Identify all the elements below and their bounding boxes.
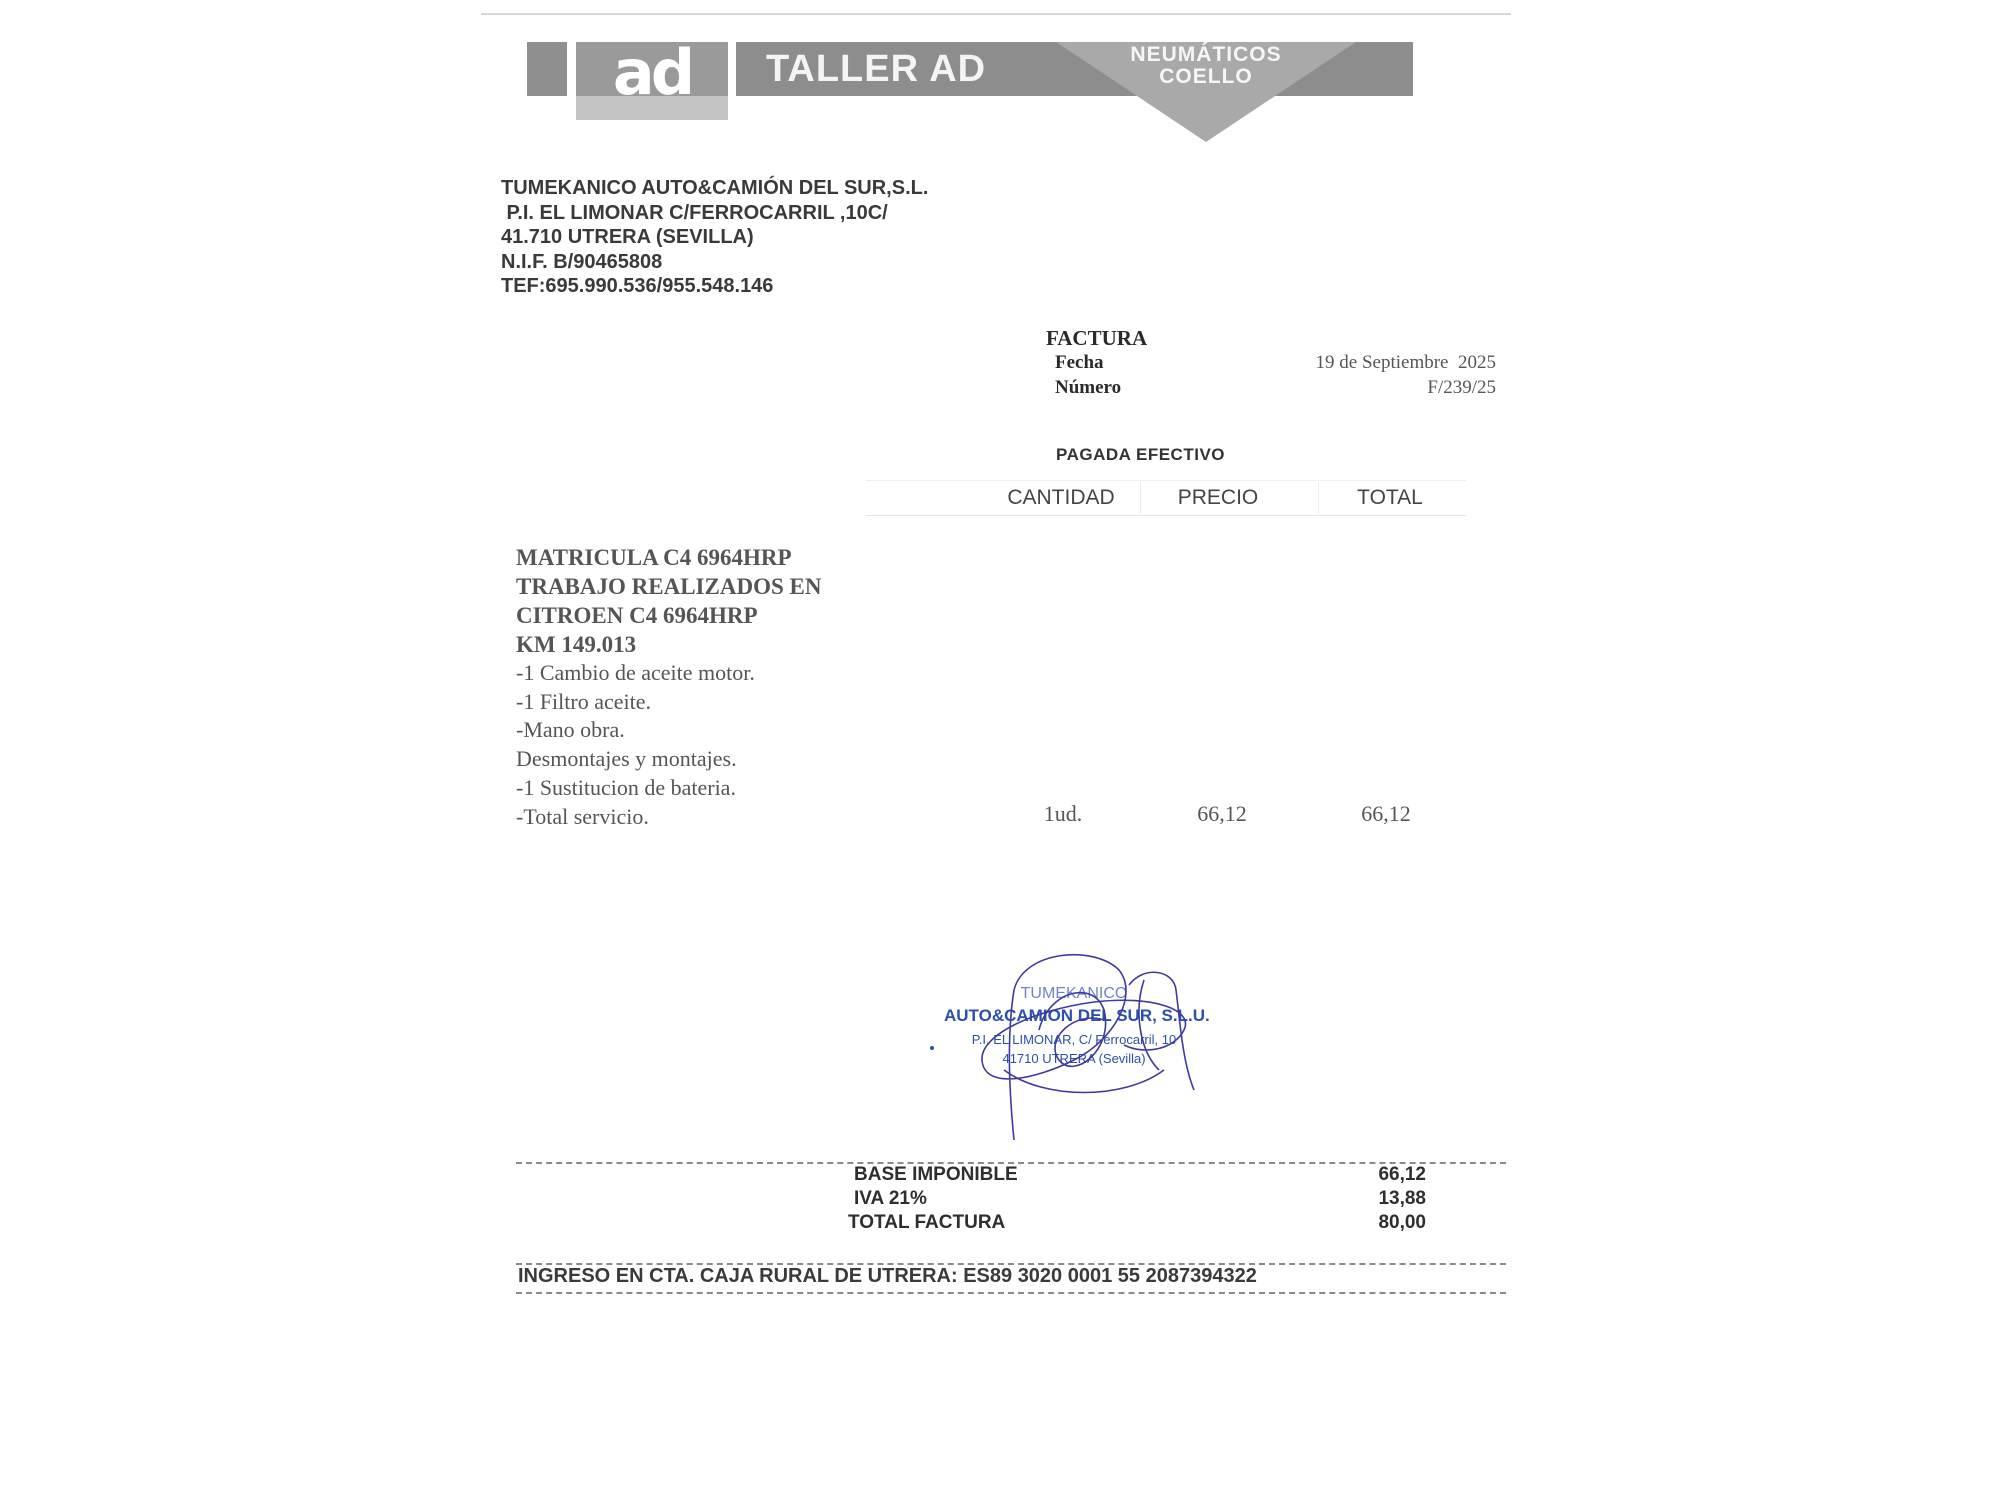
iva-value: 13,88 [1378, 1188, 1426, 1210]
logo-subtitle-block [576, 96, 728, 120]
iva-label: IVA 21% [854, 1188, 927, 1210]
item-work-heading: TRABAJO REALIZADOS EN [516, 572, 821, 601]
item-line: -1 Cambio de aceite motor. [516, 659, 821, 688]
bank-account-line: INGRESO EN CTA. CAJA RURAL DE UTRERA: ES… [518, 1265, 1257, 1288]
payment-status: PAGADA EFECTIVO [1056, 445, 1225, 465]
row-quantity: 1ud. [1003, 801, 1123, 827]
base-imponible-label: BASE IMPONIBLE [854, 1164, 1018, 1186]
number-label: Número [1055, 377, 1121, 399]
banner-subtitle-line2: COELLO [1076, 66, 1336, 88]
banner-subtitle-line1: NEUMÁTICOS [1076, 44, 1336, 66]
date-value: 19 de Septiembre 2025 [1316, 352, 1496, 374]
row-total: 66,12 [1326, 801, 1446, 827]
item-line: -1 Sustitucion de bateria. [516, 774, 821, 803]
item-line: -Total servicio. [516, 803, 821, 832]
column-header-total: TOTAL [1310, 486, 1470, 510]
footer-rule-bottom [516, 1292, 1506, 1294]
issuer-nif: N.I.F. B/90465808 [501, 250, 928, 275]
top-rule [481, 13, 1511, 15]
header-banner: TALLER AD NEUMÁTICOS COELLO [736, 42, 1413, 96]
item-line: -1 Filtro aceite. [516, 688, 821, 717]
row-price: 66,12 [1162, 801, 1282, 827]
banner-subtitle: NEUMÁTICOS COELLO [1076, 44, 1336, 88]
issuer-address: TUMEKANICO AUTO&CAMIÓN DEL SUR,S.L. P.I.… [501, 176, 928, 299]
company-stamp: TUMEKANICO AUTO&CAMION DEL SUR, S.L.U. P… [944, 950, 1204, 1140]
issuer-street: P.I. EL LIMONAR C/FERROCARRIL ,10C/ [501, 201, 928, 226]
issuer-city: 41.710 UTRERA (SEVILLA) [501, 225, 928, 250]
total-factura-value: 80,00 [1378, 1212, 1426, 1234]
company-logo: ad [576, 42, 728, 96]
item-mileage: KM 149.013 [516, 630, 821, 659]
logo-block-left [527, 42, 567, 96]
base-imponible-value: 66,12 [1378, 1164, 1426, 1186]
total-factura-label: TOTAL FACTURA [848, 1212, 1005, 1234]
item-description: MATRICULA C4 6964HRP TRABAJO REALIZADOS … [516, 543, 821, 831]
issuer-phone: TEF:695.990.536/955.548.146 [501, 274, 928, 299]
invoice-title: FACTURA [1046, 326, 1147, 351]
invoice-number: F/239/25 [1427, 377, 1496, 399]
item-line: Desmontajes y montajes. [516, 745, 821, 774]
date-label: Fecha [1055, 352, 1104, 374]
column-header-cantidad: CANTIDAD [981, 486, 1141, 510]
signature-icon [944, 950, 1204, 1140]
item-vehicle: CITROEN C4 6964HRP [516, 601, 821, 630]
stamp-dot [930, 1046, 934, 1050]
issuer-name: TUMEKANICO AUTO&CAMIÓN DEL SUR,S.L. [501, 176, 928, 201]
column-header-precio: PRECIO [1138, 486, 1298, 510]
banner-title: TALLER AD [766, 48, 986, 91]
item-plate: MATRICULA C4 6964HRP [516, 543, 821, 572]
item-line: -Mano obra. [516, 716, 821, 745]
